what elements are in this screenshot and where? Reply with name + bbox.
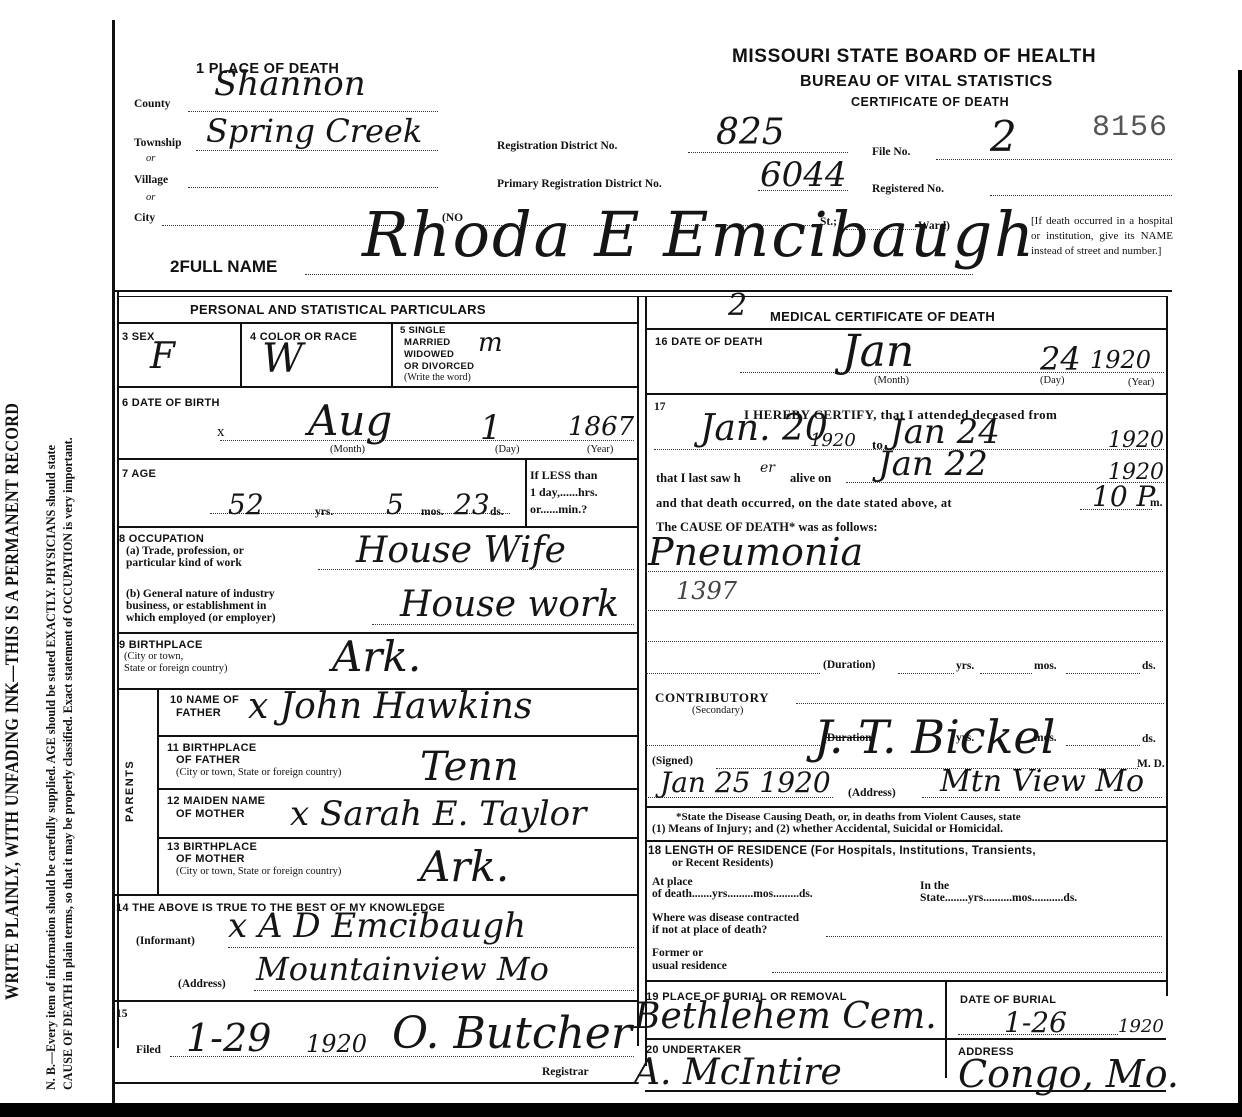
cause-line-2 — [645, 610, 1163, 611]
age-divider — [525, 458, 527, 526]
filed-date-value[interactable]: 1-29 — [186, 1016, 271, 1060]
rule-mother — [157, 837, 637, 839]
marital-value[interactable]: m — [478, 328, 503, 358]
mother-birthplace-label-1: 13 BIRTHPLACE — [167, 841, 257, 853]
father-label-2: FATHER — [176, 707, 221, 719]
dob-day-value[interactable]: 1 — [480, 408, 502, 448]
age-days-value[interactable]: 23 — [454, 488, 490, 521]
birthplace-value[interactable]: Ark. — [332, 632, 421, 681]
filed-number: 15 — [116, 1008, 128, 1020]
dob-year-value[interactable]: 1867 — [568, 412, 634, 442]
contributory-label: CONTRIBUTORY — [655, 690, 769, 706]
rule-parents-bottom — [112, 894, 637, 896]
rule-father — [157, 735, 637, 737]
death-month-value[interactable]: Jan — [842, 326, 914, 377]
certification-number: 17 — [654, 401, 666, 413]
mother-value[interactable]: x Sarah E. Taylor — [290, 794, 586, 834]
in-state-label-1: In the — [920, 880, 949, 892]
contracted-label-2: if not at place of death? — [652, 924, 767, 936]
marital-label-2: MARRIED — [404, 337, 450, 348]
cause-line-3 — [645, 641, 1163, 642]
village-label: Village — [134, 174, 168, 186]
father-birthplace-value[interactable]: Tenn — [420, 744, 519, 790]
full-name-line — [305, 274, 973, 275]
medical-mark: 2 — [728, 288, 747, 323]
mother-birthplace-value[interactable]: Ark. — [420, 842, 509, 891]
full-name-value[interactable]: Rhoda E Emcibaugh — [362, 198, 1036, 271]
last-saw-pronoun[interactable]: er — [760, 460, 775, 476]
duration-mos-line-1 — [980, 673, 1032, 674]
occupation-a-label-2: particular kind of work — [126, 557, 242, 569]
physician-address-value[interactable]: Mtn View Mo — [940, 764, 1144, 799]
dob-label: 6 DATE OF BIRTH — [122, 397, 220, 409]
rule-row-3 — [117, 386, 637, 388]
informant-address-line — [254, 990, 634, 991]
rule-undertaker — [645, 1090, 1166, 1092]
age-ds-label: ds. — [490, 506, 504, 518]
parents-side-label: PARENTS — [124, 760, 136, 822]
residence-title-2: or Recent Residents) — [672, 857, 773, 869]
instructions-note-line1: N. B.—Every item of information should b… — [44, 445, 59, 1090]
primary-district-value[interactable]: 6044 — [760, 155, 847, 195]
permanent-record-notice: WRITE PLAINLY, WITH UNFADING INK—THIS IS… — [2, 403, 24, 1000]
sex-race-divider — [240, 322, 242, 386]
file-no-value[interactable]: 2 — [990, 112, 1017, 161]
burial-divider — [945, 982, 947, 1078]
or-label-1: or — [146, 153, 155, 164]
duration-line-1 — [645, 673, 820, 674]
dob-x-mark: x — [217, 424, 225, 441]
last-saw-date[interactable]: Jan 22 — [878, 444, 988, 484]
secondary-label: (Secondary) — [692, 705, 743, 716]
certificate-title: CERTIFICATE OF DEATH — [851, 95, 1009, 109]
attended-from-value[interactable]: Jan. 20 — [700, 408, 828, 449]
duration-ds-line-1 — [1066, 673, 1140, 674]
scan-edge-right — [1238, 70, 1242, 1110]
sex-value[interactable]: F — [150, 336, 175, 377]
contracted-label-1: Where was disease contracted — [652, 912, 799, 924]
mother-birthplace-label-2: OF MOTHER — [176, 853, 245, 865]
death-year-value[interactable]: 1920 — [1090, 346, 1151, 374]
registration-district-label: Registration District No. — [497, 140, 617, 152]
contracted-line — [826, 936, 1162, 937]
stamp-number: 8156 — [1092, 111, 1168, 145]
scan-edge-bottom — [0, 1103, 1242, 1117]
rule-row-6 — [117, 458, 637, 460]
rule-row-7 — [117, 526, 637, 528]
township-value[interactable]: Spring Creek — [206, 112, 422, 150]
medical-section-title: MEDICAL CERTIFICATE OF DEATH — [770, 309, 995, 324]
file-no-line — [936, 159, 1172, 160]
death-time-m: m. — [1150, 497, 1162, 509]
registration-district-value[interactable]: 825 — [716, 112, 785, 153]
death-occurred-text: and that death occurred, on the date sta… — [656, 496, 952, 511]
marital-label-3: WIDOWED — [404, 349, 454, 360]
age-months-value[interactable]: 5 — [386, 488, 404, 521]
father-birthplace-sub: (City or town, State or foreign country) — [176, 767, 341, 778]
occupation-label: 8 OCCUPATION — [119, 533, 204, 545]
registered-no-line — [990, 195, 1172, 196]
duration-ds-2: ds. — [1142, 733, 1156, 745]
city-label: City — [134, 212, 155, 224]
inner-left-border — [117, 292, 119, 1048]
burial-year-value[interactable]: 1920 — [1118, 1016, 1164, 1037]
cause-footnote-2: (1) Means of Injury; and (2) whether Acc… — [652, 823, 1003, 835]
rule-footnote — [645, 840, 1166, 842]
dob-month-caption: (Month) — [330, 444, 365, 455]
burial-date-label: DATE OF BURIAL — [960, 994, 1056, 1006]
rule-father-birthplace — [157, 788, 637, 790]
cause-line1-value[interactable]: Pneumonia — [648, 530, 863, 574]
death-time-value[interactable]: 10 P — [1092, 480, 1155, 513]
death-month-caption: (Month) — [874, 375, 909, 386]
bureau-title: BUREAU OF VITAL STATISTICS — [800, 73, 1053, 91]
burial-date-value[interactable]: 1-26 — [1004, 1006, 1067, 1039]
occupation-b-label-1: (b) General nature of industry — [126, 588, 275, 600]
duration-label-1: (Duration) — [823, 659, 875, 671]
date-of-death-label: 16 DATE OF DEATH — [655, 336, 763, 348]
center-divider-2 — [645, 296, 647, 1066]
race-marital-divider — [391, 322, 393, 386]
duration-ds-line-2 — [1066, 745, 1140, 746]
physician-address-label: (Address) — [848, 787, 896, 799]
dob-year-caption: (Year) — [587, 444, 613, 455]
signed-date-value[interactable]: Jan 25 1920 — [660, 766, 831, 799]
mother-birthplace-sub: (City or town, State or foreign country) — [176, 866, 341, 877]
cause-line2-value[interactable]: 1397 — [676, 577, 737, 605]
mother-label-1: 12 MAIDEN NAME — [167, 795, 265, 807]
birthplace-sub-1: (City or town, — [124, 651, 183, 662]
less-than-label-1: If LESS than — [530, 468, 597, 483]
in-state-label-2: State........yrs..........mos...........… — [920, 892, 1077, 904]
age-label: 7 AGE — [122, 468, 156, 480]
father-label-1: 10 NAME OF — [170, 694, 239, 706]
rule-informant — [112, 1000, 637, 1002]
informant-value[interactable]: x A D Emcibaugh — [228, 906, 526, 946]
center-divider — [637, 296, 639, 1046]
at-place-label-1: At place — [652, 876, 693, 888]
occupation-b-value[interactable]: House work — [400, 584, 619, 625]
personal-section-title: PERSONAL AND STATISTICAL PARTICULARS — [190, 302, 486, 317]
outer-left-border — [112, 20, 115, 1103]
county-label: County — [134, 98, 170, 110]
less-than-label-2: 1 day,......hrs. — [530, 485, 598, 500]
full-name-label: 2FULL NAME — [170, 257, 277, 277]
rule-burial — [645, 1038, 1166, 1040]
at-place-label-2: of death.......yrs.........mos.........d… — [652, 888, 813, 900]
death-year-caption: (Year) — [1128, 377, 1154, 388]
father-birthplace-label-2: OF FATHER — [176, 754, 240, 766]
registered-no-label: Registered No. — [872, 183, 944, 195]
filed-year-value[interactable]: 1920 — [306, 1030, 367, 1058]
duration-line-2 — [645, 745, 820, 746]
race-value[interactable]: W — [262, 336, 303, 382]
death-day-value[interactable]: 24 — [1040, 340, 1081, 378]
rule-date-of-death — [645, 393, 1166, 395]
registrar-label: Registrar — [542, 1066, 589, 1078]
informant-address-value[interactable]: Mountainview Mo — [256, 950, 549, 988]
dob-day-caption: (Day) — [495, 444, 520, 455]
marital-label-4: OR DIVORCED — [404, 361, 474, 372]
informant-line — [228, 947, 634, 948]
right-border — [1166, 296, 1168, 996]
residence-title-1: 18 LENGTH OF RESIDENCE (For Hospitals, I… — [648, 845, 1036, 857]
township-label: Township — [134, 137, 182, 149]
former-residence-label-2: usual residence — [652, 960, 727, 972]
county-value[interactable]: Shannon — [214, 64, 366, 104]
undertaker-value[interactable]: A. McIntire — [634, 1052, 842, 1093]
former-residence-label-1: Former or — [652, 947, 703, 959]
physician-signature[interactable]: J. T. Bickel — [814, 710, 1055, 764]
rule-residence — [645, 980, 1166, 982]
father-value[interactable]: x John Hawkins — [248, 686, 532, 727]
former-residence-line — [772, 972, 1162, 973]
top-rule-2 — [117, 296, 1167, 297]
burial-place-value[interactable]: Bethlehem Cem. — [634, 996, 937, 1037]
board-title: MISSOURI STATE BOARD OF HEALTH — [732, 46, 1096, 68]
instructions-note-line2: CAUSE OF DEATH in plain terms, so that i… — [61, 437, 76, 1090]
duration-yrs-line-1 — [898, 673, 954, 674]
duration-mos-1: mos. — [1034, 660, 1057, 672]
occupation-b-label-3: which employed (or employer) — [126, 612, 276, 624]
or-label-2: or — [146, 192, 155, 203]
less-than-label-3: or......min.? — [530, 502, 587, 517]
rule-personal-title — [117, 322, 637, 324]
last-saw-prefix: that I last saw h — [656, 471, 741, 486]
primary-district-label: Primary Registration District No. — [497, 178, 662, 190]
duration-ds-1: ds. — [1142, 660, 1156, 672]
attended-to-year[interactable]: 1920 — [1108, 428, 1164, 453]
death-day-caption: (Day) — [1040, 375, 1065, 386]
cause-footnote-1: *State the Disease Causing Death, or, in… — [676, 811, 1021, 823]
age-yrs-label: yrs. — [315, 506, 333, 518]
occupation-b-label-2: business, or establishment in — [126, 600, 266, 612]
rule-filed — [112, 1082, 637, 1084]
duration-yrs-1: yrs. — [956, 660, 974, 672]
informant-address-label: (Address) — [178, 978, 226, 990]
filed-label: Filed — [136, 1044, 161, 1056]
age-years-value[interactable]: 52 — [228, 488, 264, 521]
marital-label-1: 5 SINGLE — [400, 325, 446, 336]
village-line — [188, 187, 438, 188]
attended-from-year[interactable]: 1920 — [810, 430, 856, 451]
parents-divider — [157, 688, 159, 894]
dob-month-value[interactable]: Aug — [308, 396, 392, 445]
alive-on-label: alive on — [790, 471, 831, 486]
birthplace-label: 9 BIRTHPLACE — [119, 639, 203, 651]
informant-label: (Informant) — [136, 935, 195, 947]
hospital-note: [If death occurred in a hospital or inst… — [1031, 214, 1173, 259]
township-line — [196, 150, 438, 151]
top-rule — [112, 290, 1172, 292]
marital-label-5: (Write the word) — [404, 372, 471, 383]
age-mos-label: mos. — [421, 506, 444, 518]
birthplace-sub-2: State or foreign country) — [124, 663, 228, 674]
mother-label-2: OF MOTHER — [176, 808, 245, 820]
father-birthplace-label-1: 11 BIRTHPLACE — [167, 742, 256, 754]
contributory-line — [796, 703, 1164, 704]
occupation-a-label-1: (a) Trade, profession, or — [126, 545, 244, 557]
occupation-a-value[interactable]: House Wife — [356, 530, 566, 571]
file-no-label: File No. — [872, 146, 910, 158]
rule-signed — [645, 806, 1166, 808]
registrar-signature[interactable]: O. Butcher — [392, 1008, 632, 1059]
